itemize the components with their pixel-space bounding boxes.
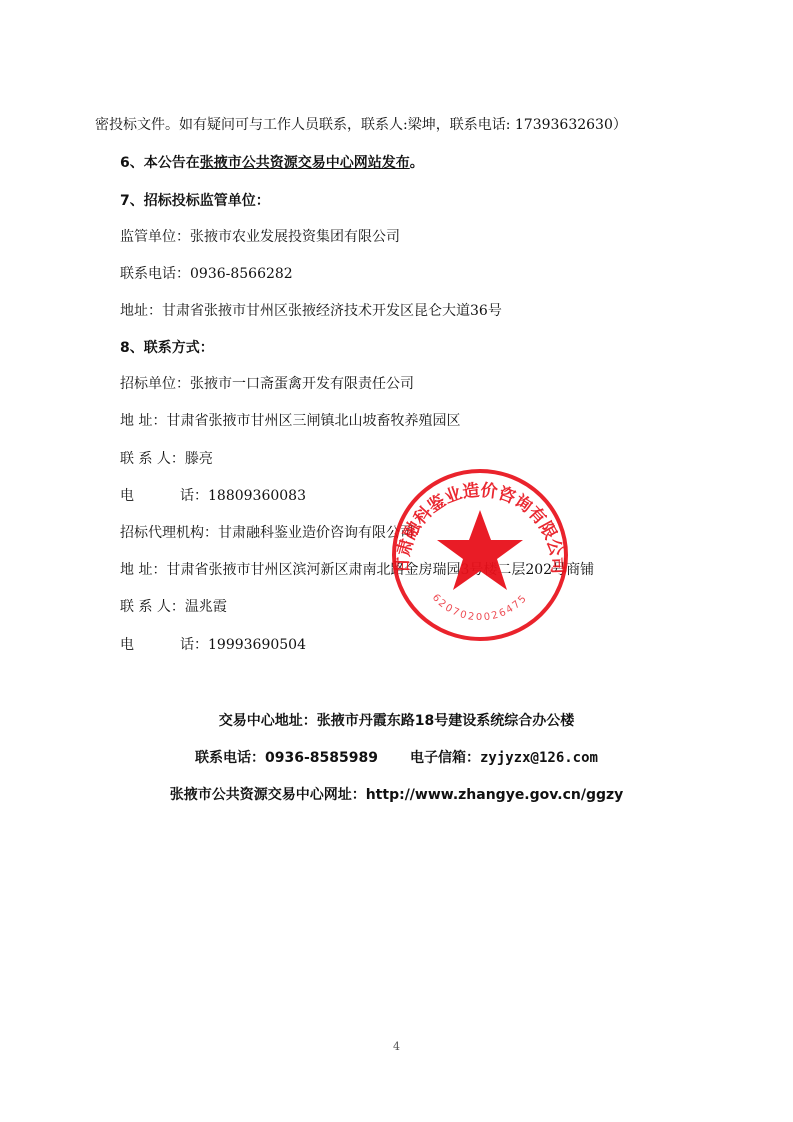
agency-phone: 电话：19993690504 [120, 636, 306, 654]
footer-center-address: 交易中心地址：张掖市丹霞东路18号建设系统综合办公楼 [0, 712, 793, 730]
footer-contact-row: 联系电话：0936-8585989电子信箱：zyjyzx@126.com [0, 749, 793, 767]
agency-unit: 招标代理机构：甘肃融科鉴业造价咨询有限公司 [120, 524, 414, 542]
section-6-heading: 6、本公告在张掖市公共资源交易中心网站发布。 [120, 154, 424, 172]
footer-website[interactable]: 张掖市公共资源交易中心网址：http://www.zhangye.gov.cn/… [0, 786, 793, 804]
section-8-heading: 8、联系方式： [120, 339, 214, 357]
publish-site-link[interactable]: 张掖市公共资源交易中心网站发布 [200, 155, 410, 171]
svg-text:6207020026475: 6207020026475 [430, 592, 530, 623]
tenderer-phone: 电话：18809360083 [120, 487, 306, 505]
company-seal-icon: 甘肃融科鉴业造价咨询有限公司 6207020026475 [380, 460, 580, 645]
tenderer-address: 地 址：甘肃省张掖市甘州区三闸镇北山坡畜牧养殖园区 [120, 412, 460, 430]
supervisor-unit: 监管单位：张掖市农业发展投资集团有限公司 [120, 228, 400, 246]
tenderer-contact: 联 系 人：滕亮 [120, 450, 213, 468]
section-6-prefix: 6、本公告在 [120, 155, 200, 171]
footer-phone: 联系电话：0936-8585989 [195, 750, 378, 766]
page-number: 4 [0, 1040, 793, 1053]
supervisor-phone: 联系电话：0936-8566282 [120, 265, 293, 283]
agency-address: 地 址：甘肃省张掖市甘州区滨河新区肃南北路金房瑞园3号楼二层202号商铺 [120, 561, 594, 579]
section-6-suffix: 。 [410, 155, 424, 171]
footer-email[interactable]: 电子信箱：zyjyzx@126.com [410, 750, 598, 766]
agency-contact: 联 系 人：温兆霞 [120, 598, 227, 616]
supervisor-address: 地址：甘肃省张掖市甘州区张掖经济技术开发区昆仑大道36号 [120, 302, 502, 320]
tenderer-unit: 招标单位：张掖市一口斋蛋禽开发有限责任公司 [120, 375, 414, 393]
section-7-heading: 7、招标投标监管单位： [120, 192, 270, 210]
continuation-text: 密投标文件。如有疑问可与工作人员联系，联系人:梁坤，联系电话: 17393632… [95, 116, 627, 134]
